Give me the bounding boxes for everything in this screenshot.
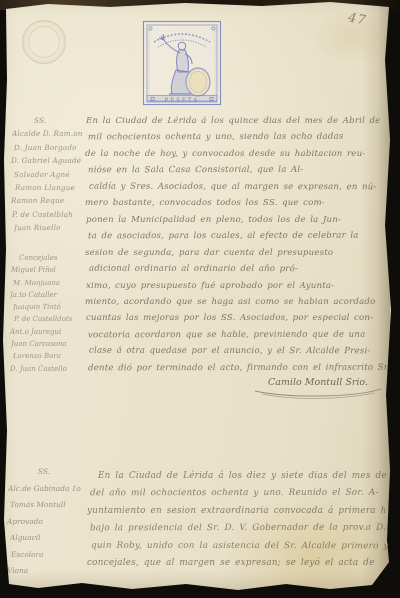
entry1-margin-list-b: Concejales Miguel PiñolM. MonjuanaJa.to … [11,252,89,375]
manuscript-line: ximo, cuyo presupuesto fué aprobado por … [86,278,385,294]
margin-name: Alc.de Gabinada 1o [8,481,90,498]
entry2-margin-list: SS. Alc.de Gabinada 1oTomás MontullAprov… [8,464,90,580]
scanned-document: 47 PESETA [0,0,400,598]
margin-name: Miguel Piñol [11,264,89,276]
manuscript-line: caldía y Sres. Asociados, que al margen … [89,179,388,196]
manuscript-line: sesion de segunda, para dar cuenta del p… [85,245,384,261]
margin-name: Lorenzo Bora [13,350,91,362]
margin-name: Aprovado [7,514,89,531]
stamp-shield-icon [186,68,210,96]
manuscript-line: clase á otra quedase por el anuncio, y e… [89,343,388,360]
manuscript-line: vocatoria acordaron que se hable, previn… [88,327,387,344]
margin-heading: Concejales [11,252,89,264]
manuscript-line: adicional ordinario al ordinario del año… [89,261,388,278]
manuscript-line: yuntamiento en sesion extraordinaria con… [87,503,385,520]
margin-name: Salvador Agné [14,168,90,182]
manuscript-line: nióse en la Sala Casa Consistorial, que … [88,162,387,179]
signature-text: Camilo Montull Srio. [268,377,368,388]
margin-name: D. Gabriel Aguadé [11,154,87,167]
manuscript-line: cuantas las mejoras por los SS. Asociado… [86,310,385,326]
manuscript-line: mero bastante, convocados todos los SS. … [85,195,384,211]
manuscript-line: ponen la Municipalidad en pleno, todos l… [86,212,385,228]
folio-number: 47 [347,11,368,29]
margin-name: Juaquin Tintó [13,301,91,313]
margin-name: Ramon Reque [11,194,87,207]
margin-name: Tomás Montull [10,497,92,514]
manuscript-line: miento, acordando que se haga asi como s… [85,294,384,310]
entry2-body-text: En la Ciudad de Lérida á los diez y siet… [88,468,386,572]
entry1-margin-list-a: SS. Alcalde D. Ram.onD. Juan BorgadoD. G… [12,114,88,235]
margin-name: Ramon Llangue [15,181,91,195]
manuscript-line: ta de asociados, para los cuales, al efe… [88,228,387,245]
margin-name: Ant.o Jauregui [10,326,88,338]
margin-name: Alguacil [10,530,92,547]
manuscript-line: de la noche de hoy, y convocados desde s… [85,146,384,162]
signature-flourish-icon [252,386,384,400]
margin-heading: SS. [12,114,88,127]
stamp-denomination: PESETA [165,97,200,103]
manuscript-line: mil ochocientos ochenta y uno, siendo la… [88,129,387,146]
revenue-stamp: PESETA [142,20,222,106]
margin-heading: SS. [8,464,90,481]
margin-name: P. de Castelldots [14,313,92,325]
margin-name: Juan Carcasona [11,338,89,350]
margin-name: Ja.to Cataller [10,289,88,301]
margin-name: Juan Riuello [14,221,90,235]
manuscript-line: dente dió por terminado el acto, firmand… [88,359,387,376]
margin-name: D. Juan Borgado [14,141,90,155]
manuscript-line: concejales, que al margen se expresan; s… [87,555,385,572]
margin-name: Alcalde D. Ram.on [12,127,88,140]
manuscript-line: En la Ciudad de Lérida á los diez y siet… [88,468,386,485]
secretary-signature: Camilo Montull Srio. [250,377,386,400]
embossed-seal [22,20,66,64]
manuscript-line: bajo la presidencia del Sr. D. V. Gobern… [90,520,388,538]
margin-name: P. de Castelblah [12,208,88,221]
manuscript-line: En la Ciudad de Lérida á los quince dias… [86,113,385,129]
margin-name: Escolora [11,546,93,563]
manuscript-line: del año mil ochocientos ochenta y uno. R… [90,485,388,503]
entry1-body-text: En la Ciudad de Lérida á los quince dias… [86,113,385,376]
margin-name: Viana [7,563,89,580]
margin-name: D. Juan Castello [10,363,88,375]
manuscript-line: quin Roby, unido con la asistencia del S… [91,537,389,555]
margin-name: M. Monjuana [13,277,91,289]
